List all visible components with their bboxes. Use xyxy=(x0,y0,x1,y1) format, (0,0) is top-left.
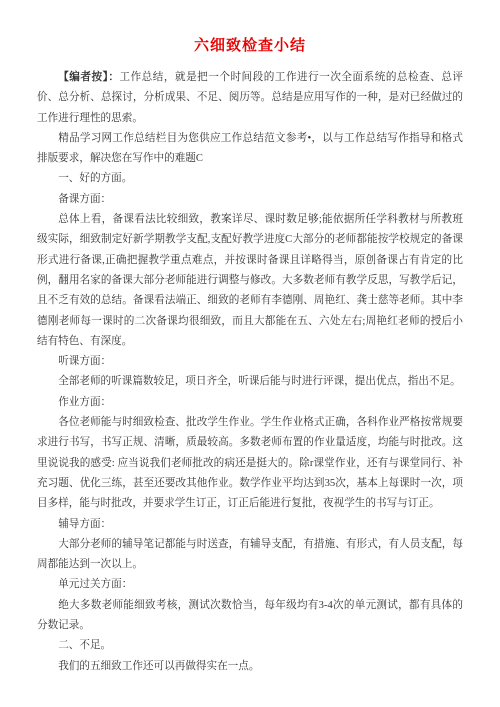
document-page: 六细致检查小结 【编者按】：工作总结，就是把一个时间段的工作进行一次全面系统的总… xyxy=(0,0,500,707)
shortcomings-paragraph: 我们的五细致工作还可以再做得实在一点。 xyxy=(37,657,463,677)
subheading-homework: 作业方面： xyxy=(37,393,463,413)
editor-note-paragraph: 【编者按】：工作总结，就是把一个时间段的工作进行一次全面系统的总检查、总评价、总… xyxy=(37,68,463,129)
lesson-prep-paragraph: 总体上看，备课看法比较细致，教案详尽、课时数足够;能依据所任学科教材与所教班级实… xyxy=(37,210,463,352)
subheading-unit-tests: 单元过关方面： xyxy=(37,575,463,595)
intro-paragraph: 精品学习网工作总结栏目为您供应工作总结范文参考•，以与工作总结写作指导和格式排版… xyxy=(37,129,463,170)
unit-tests-paragraph: 绝大多数老师能细致考核，测试次数恰当，每年级均有3-4次的单元测试，都有具体的分… xyxy=(37,596,463,637)
document-title: 六细致检查小结 xyxy=(37,34,463,55)
homework-paragraph: 各位老师能与时细致检查、批改学生作业。学生作业格式正确，各科作业严格按常规要求进… xyxy=(37,413,463,514)
lesson-observation-paragraph: 全部老师的听课篇数较足，项日齐全，听课后能与时进行评课，提出优点，指出不足。 xyxy=(37,372,463,392)
editor-note-label: 【编者按】： xyxy=(58,72,119,83)
tutoring-paragraph: 大部分老师的辅导笔记都能与时送查，有辅导支配，有措施、有形式，有人员支配，每周都… xyxy=(37,535,463,576)
subheading-tutoring: 辅导方面： xyxy=(37,515,463,535)
document-body: 【编者按】：工作总结，就是把一个时间段的工作进行一次全面系统的总检查、总评价、总… xyxy=(37,68,463,677)
section-heading-good-aspects: 一、好的方面。 xyxy=(37,169,463,189)
subheading-lesson-observation: 听课方面： xyxy=(37,352,463,372)
subheading-lesson-prep: 备课方面： xyxy=(37,190,463,210)
section-heading-shortcomings: 二、不足。 xyxy=(37,636,463,656)
